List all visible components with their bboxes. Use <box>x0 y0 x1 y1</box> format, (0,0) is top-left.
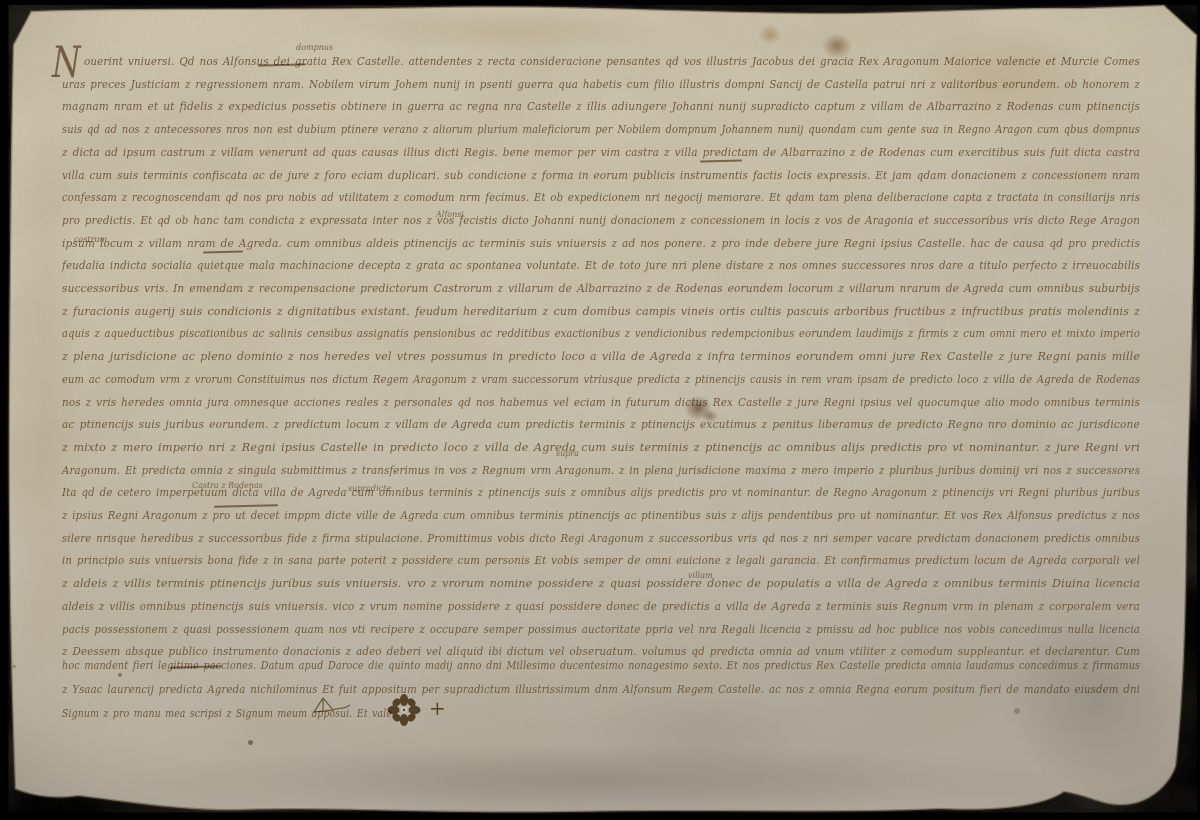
interlinear-insertion: supra <box>556 449 579 458</box>
manuscript-line: eum ac comodum vrm z vrorum Constituimus… <box>62 373 1140 393</box>
manuscript-line: successoribus vris. In emendam z recompe… <box>62 282 1140 302</box>
manuscript-line: villa cum suis terminis confiscata ac de… <box>62 169 1140 189</box>
interlinear-insertion: villam <box>688 571 713 580</box>
manuscript-line: aldeis z villis omnibus ptinencijs suis … <box>62 600 1140 620</box>
manuscript-line: silere nrisque heredibus z successoribus… <box>62 532 1140 552</box>
manuscript-line: magnam nram et ut fidelis z expedicius p… <box>62 100 1140 120</box>
manuscript-line: z dicta ad ipsum castrum z villam veneru… <box>62 146 1140 166</box>
interlinear-insertion: castrum <box>74 235 107 244</box>
manuscript-line: z mixto z mero imperio nri z Regni ipsiu… <box>62 441 1140 461</box>
interlinear-insertion: Castra z Rodenas <box>192 481 263 490</box>
manuscript-line: z plena jurisdicione ac pleno dominio z … <box>62 350 1140 370</box>
manuscript-line: suis qd ad nos z antecessores nros non e… <box>62 123 1140 143</box>
strikethrough-mark <box>214 504 278 508</box>
photo-background: N ouerint vniuersi. Qd nos Alfonsus dei … <box>0 0 1200 820</box>
manuscript-line: nos z vris heredes omnia jura omnesque a… <box>62 396 1140 416</box>
manuscript-line: ouerint vniuersi. Qd nos Alfonsus dei gr… <box>84 55 1140 75</box>
ink-speck <box>1014 708 1020 714</box>
manuscript-line: ipsum locum z villam nram de Agreda. cum… <box>62 237 1140 257</box>
interlinear-insertion: Alfonsi <box>436 210 464 219</box>
ink-layer: N ouerint vniuersi. Qd nos Alfonsus dei … <box>0 0 1200 820</box>
interlinear-insertion: dompnus <box>296 43 333 52</box>
manuscript-line: feudalia indicta socialia quietque mala … <box>62 259 1140 279</box>
manuscript-line: z aldeis z villis terminis ptinencijs ju… <box>62 577 1140 597</box>
manuscript-line: z Ysaac laurencij predicta Agreda nichil… <box>62 683 1140 703</box>
manuscript-line: hoc mandent fieri legitime pacciones. Da… <box>62 659 1140 679</box>
notarial-sign-icon <box>386 693 422 727</box>
manuscript-line: pro predictis. Et qd ob hanc tam condict… <box>62 214 1140 234</box>
manuscript-line: uras preces Justiciam z regressionem nra… <box>62 78 1140 98</box>
ink-stain <box>300 2 720 58</box>
manuscript-line: pacis possessionem z quasi possessionem … <box>62 623 1140 643</box>
manuscript-line: in principio suis vniuersis bona fide z … <box>62 554 1140 574</box>
interlinear-insertion: * <box>12 664 16 673</box>
manuscript-line: z ipsius Regni Aragonum z pro ut decet i… <box>62 509 1140 529</box>
manuscript-line: aquis z aqueductibus piscationibus ac sa… <box>62 327 1140 347</box>
paraph-doodle-icon <box>312 695 352 717</box>
manuscript-line: confessam z recognoscendam qd nos pro no… <box>62 191 1140 211</box>
interlinear-insertion: supradicte <box>348 484 391 493</box>
ink-stain <box>756 22 784 47</box>
manuscript-line: z furacionis augerij suis condicionis z … <box>62 305 1140 325</box>
ink-speck <box>248 740 253 745</box>
manuscript-line: ac ptinencijs suis juribus eorundem. z p… <box>62 418 1140 438</box>
final-cross: + <box>429 696 446 720</box>
